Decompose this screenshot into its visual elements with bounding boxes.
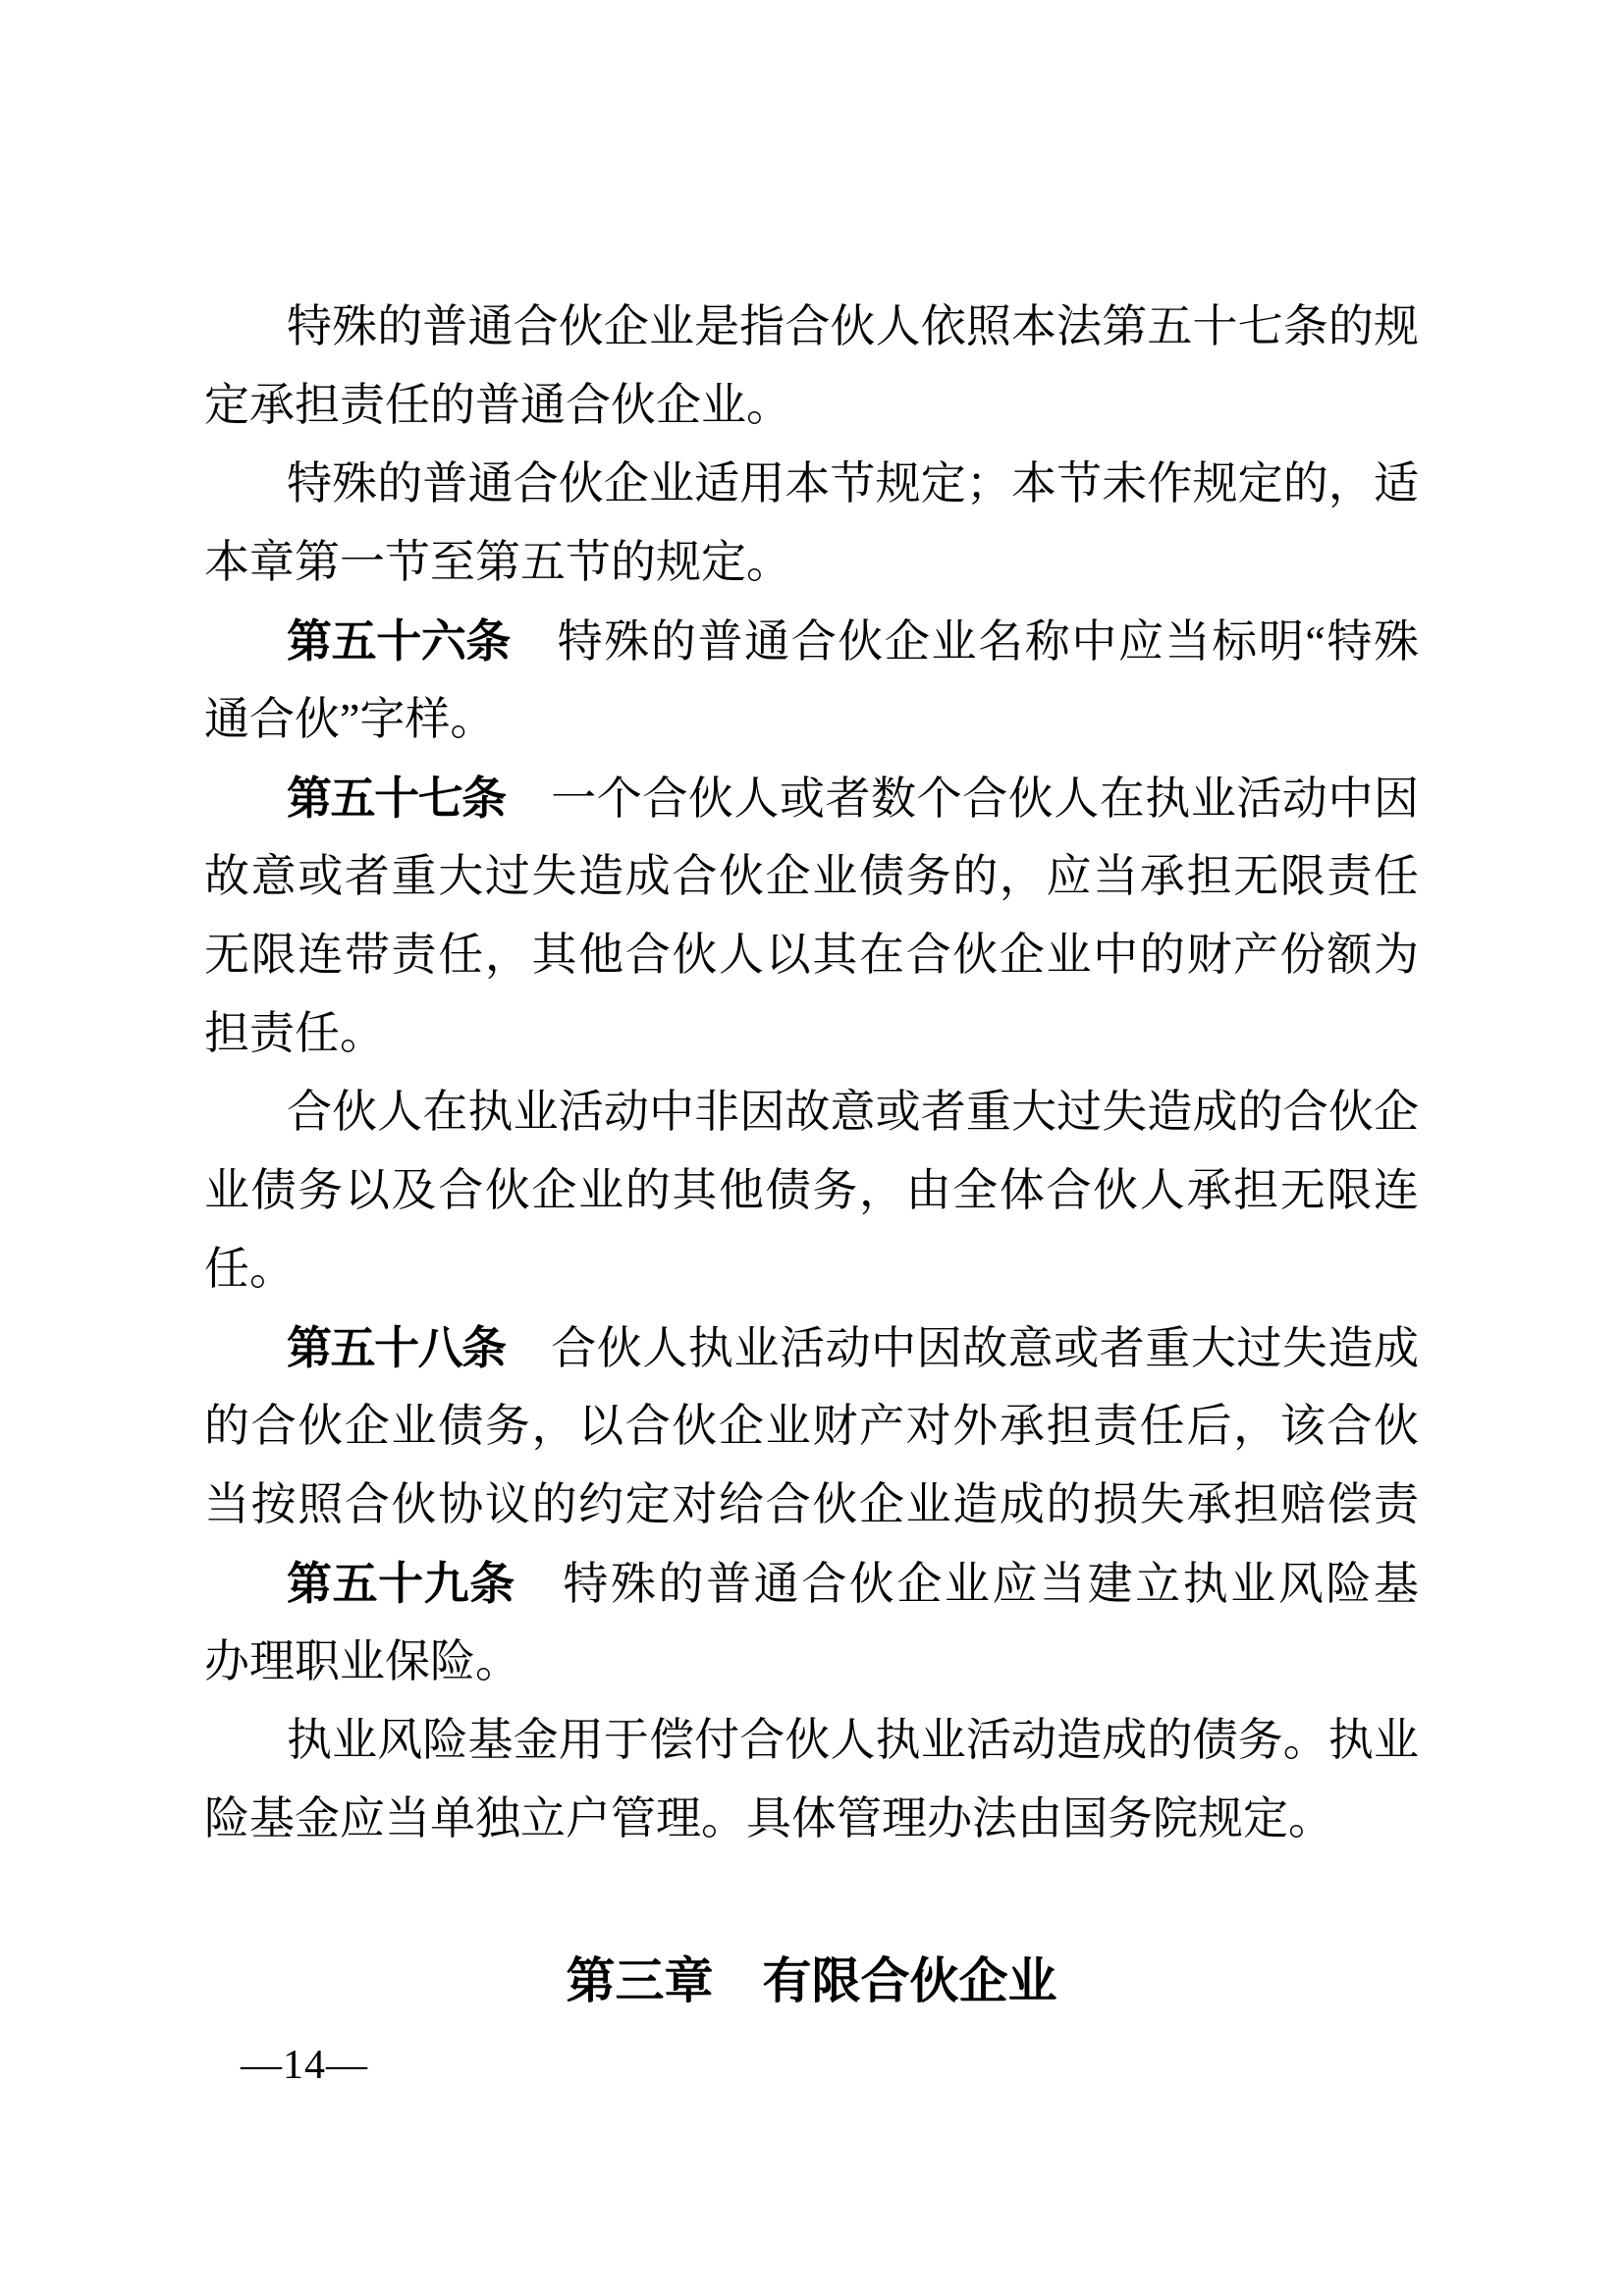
- line-text: 合伙人执业活动中因故意或者重大过失造成: [551, 1323, 1419, 1373]
- text-line: 业债务以及合伙企业的其他债务，由全体合伙人承担无限连带责: [204, 1151, 1419, 1230]
- document-body: 特殊的普通合伙企业是指合伙人依照本法第五十七条的规定承担责任的普通合伙企业。特殊…: [204, 288, 1419, 2020]
- text-line: 第五十九条特殊的普通合伙企业应当建立执业风险基金、: [204, 1544, 1419, 1623]
- article-number: 第五十七条: [287, 773, 506, 824]
- text-line: 执业风险基金用于偿付合伙人执业活动造成的债务。执业风: [204, 1701, 1419, 1780]
- document-page: { "document": { "paragraphs": [ { "term"…: [0, 0, 1624, 2296]
- text-line: 定承担责任的普通合伙企业。: [204, 366, 1419, 445]
- chapter-heading: 第三章 有限合伙企业: [204, 1942, 1419, 2020]
- text-line: 无限连带责任，其他合伙人以其在合伙企业中的财产份额为限承: [204, 916, 1419, 994]
- paragraph: 特殊的普通合伙企业是指合伙人依照本法第五十七条的规定承担责任的普通合伙企业。: [204, 288, 1419, 445]
- text-line: 险基金应当单独立户管理。具体管理办法由国务院规定。: [204, 1780, 1419, 1858]
- paragraph: 执业风险基金用于偿付合伙人执业活动造成的债务。执业风险基金应当单独立户管理。具体…: [204, 1701, 1419, 1858]
- paragraph: 第五十八条合伙人执业活动中因故意或者重大过失造成的合伙企业债务，以合伙企业财产对…: [204, 1308, 1419, 1544]
- text-line: 通合伙”字样。: [204, 680, 1419, 759]
- line-text: 一个合伙人或者数个合伙人在执业活动中因: [551, 774, 1419, 824]
- article-number: 第五十九条: [287, 1558, 515, 1609]
- text-line: 故意或者重大过失造成合伙企业债务的，应当承担无限责任或者: [204, 837, 1419, 916]
- paragraph: 第五十九条特殊的普通合伙企业应当建立执业风险基金、办理职业保险。: [204, 1544, 1419, 1701]
- article-number: 第五十八条: [287, 1322, 506, 1373]
- text-line: 担责任。: [204, 994, 1419, 1073]
- text-line: 合伙人在执业活动中非因故意或者重大过失造成的合伙企: [204, 1073, 1419, 1151]
- text-line: 办理职业保险。: [204, 1623, 1419, 1701]
- page-number: —14—: [241, 2044, 368, 2087]
- paragraph: 第五十六条特殊的普通合伙企业名称中应当标明“特殊普通合伙”字样。: [204, 602, 1419, 759]
- text-line: 特殊的普通合伙企业适用本节规定；本节未作规定的，适用: [204, 445, 1419, 523]
- text-line: 特殊的普通合伙企业是指合伙人依照本法第五十七条的规: [204, 288, 1419, 366]
- paragraph: 合伙人在执业活动中非因故意或者重大过失造成的合伙企业债务以及合伙企业的其他债务，…: [204, 1073, 1419, 1308]
- text-line: 本章第一节至第五节的规定。: [204, 523, 1419, 602]
- text-line: 的合伙企业债务，以合伙企业财产对外承担责任后，该合伙人应: [204, 1387, 1419, 1466]
- paragraph: 特殊的普通合伙企业适用本节规定；本节未作规定的，适用本章第一节至第五节的规定。: [204, 445, 1419, 602]
- text-line: 第五十六条特殊的普通合伙企业名称中应当标明“特殊普: [204, 602, 1419, 680]
- text-line: 任。: [204, 1230, 1419, 1308]
- text-line: 第五十八条合伙人执业活动中因故意或者重大过失造成: [204, 1308, 1419, 1387]
- article-number: 第五十六条: [287, 615, 511, 667]
- text-line: 第五十七条一个合伙人或者数个合伙人在执业活动中因: [204, 759, 1419, 837]
- paragraph: 第五十七条一个合伙人或者数个合伙人在执业活动中因故意或者重大过失造成合伙企业债务…: [204, 759, 1419, 1073]
- text-line: 当按照合伙协议的约定对给合伙企业造成的损失承担赔偿责任。: [204, 1466, 1419, 1544]
